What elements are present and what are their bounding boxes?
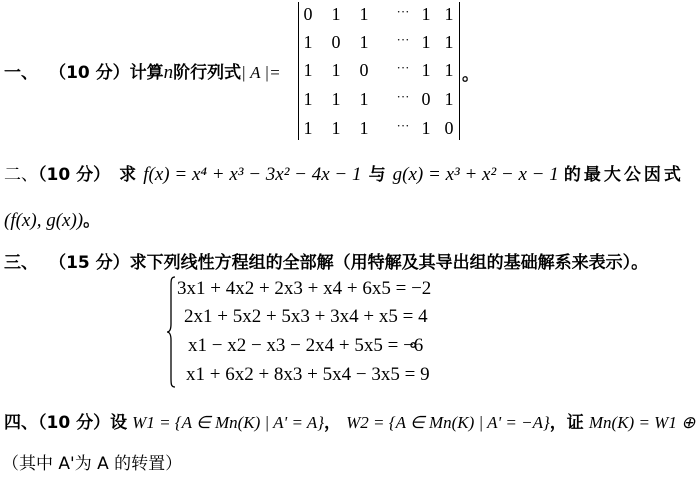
det-cell: 0 <box>329 32 343 53</box>
det-cell: 1 <box>329 89 343 110</box>
problem-2-number: 二、 <box>4 165 38 185</box>
problem-2-points: （10 分） <box>38 165 110 185</box>
problem-2-line-1: 二、（10 分） 求 f(x) = x⁴ + x³ − 3x² − 4x − 1… <box>4 160 684 186</box>
g-definition: g(x) = x³ + x² − x − 1 <box>393 164 559 185</box>
problem-4-separator: ， <box>324 413 341 433</box>
problem-3-end-mark: 。 <box>410 326 427 351</box>
det-cell: 1 <box>301 89 315 110</box>
det-cell: 1 <box>357 4 371 25</box>
problem-4-prove: ，证 <box>550 413 584 433</box>
problem-2-end-mark: 。 <box>83 211 100 231</box>
det-cell: 1 <box>442 32 456 53</box>
problem-1-prompt: 计算 <box>130 63 164 83</box>
w2-definition: W2 = {A ∈ Mn(K) | A' = −A} <box>346 413 550 432</box>
problem-2-prompt-after: 的最大公因式 <box>564 165 684 185</box>
w1-definition: W1 = {A ∈ Mn(K) | A' = A} <box>132 413 324 432</box>
det-cell: 1 <box>329 4 343 25</box>
det-cell: 0 <box>301 4 315 25</box>
problem-4-note: （其中 A'为 A 的转置） <box>2 449 182 474</box>
problem-1: 一、 （10 分）计算n阶行列式| A |= <box>4 58 281 84</box>
det-cell: ··· <box>391 118 415 134</box>
det-cell: 1 <box>442 4 456 25</box>
det-cell: 1 <box>301 118 315 139</box>
det-cell: ··· <box>391 32 415 48</box>
left-brace-icon <box>166 276 176 388</box>
problem-1-end-mark: 。 <box>462 60 479 85</box>
det-cell: 1 <box>301 60 315 81</box>
determinant-lhs: | A |= <box>241 63 280 82</box>
determinant-matrix: 0 1 1 ··· 1 1 1 0 1 ··· 1 1 1 1 0 ··· 1 … <box>298 2 460 140</box>
problem-2-line-2: (f(x), g(x))。 <box>4 206 100 232</box>
det-row-5: 1 1 1 ··· 1 0 <box>299 118 459 142</box>
equation-1: 3x1 + 4x2 + 2x3 + x4 + 6x5 = −2 <box>177 278 431 300</box>
det-cell: ··· <box>391 89 415 105</box>
det-cell: 0 <box>419 89 433 110</box>
gcd-expression: (f(x), g(x)) <box>4 210 83 231</box>
det-cell: 1 <box>419 32 433 53</box>
problem-1-points: （10 分） <box>49 63 130 83</box>
det-cell: 1 <box>329 118 343 139</box>
det-cell: 1 <box>442 60 456 81</box>
problem-3-prompt: 求下列线性方程组的全部解（用特解及其导出组的基础解系来表示）。 <box>130 253 649 273</box>
problem-1-number: 一、 <box>4 63 38 83</box>
det-cell: ··· <box>391 4 415 20</box>
det-cell: 0 <box>442 118 456 139</box>
problem-4-points: （10 分） <box>38 413 110 433</box>
det-cell: 1 <box>419 118 433 139</box>
det-cell: 1 <box>419 4 433 25</box>
det-cell: 1 <box>357 118 371 139</box>
det-cell: 1 <box>329 60 343 81</box>
problem-1-prompt-after: 阶行列式 <box>173 63 241 83</box>
equation-4: x1 + 6x2 + 8x3 + 5x4 − 3x5 = 9 <box>186 364 430 386</box>
problem-3-heading: 三、 （15 分）求下列线性方程组的全部解（用特解及其导出组的基础解系来表示）。 <box>4 248 648 273</box>
det-cell: 1 <box>442 89 456 110</box>
f-definition: f(x) = x⁴ + x³ − 3x² − 4x − 1 <box>143 164 361 185</box>
problem-4-prompt: 设 <box>110 413 127 433</box>
problem-1-var-n: n <box>164 62 174 83</box>
det-cell: 1 <box>357 89 371 110</box>
equation-2: 2x1 + 5x2 + 5x3 + 3x4 + x5 = 4 <box>184 306 428 328</box>
det-cell: 1 <box>419 60 433 81</box>
problem-2-prompt: 求 <box>119 165 136 185</box>
det-cell: 0 <box>357 60 371 81</box>
problem-3-points: （15 分） <box>49 253 130 273</box>
det-row-4: 1 1 1 ··· 0 1 <box>299 89 459 113</box>
det-row-2: 1 0 1 ··· 1 1 <box>299 32 459 56</box>
problem-4-number: 四、 <box>4 413 38 433</box>
problem-2-connector: 与 <box>369 165 386 185</box>
equation-3: x1 − x2 − x3 − 2x4 + 5x5 = −6 <box>188 335 423 357</box>
det-cell: 1 <box>301 32 315 53</box>
direct-sum-claim: Mn(K) = W1 ⊕ W2 <box>589 413 697 432</box>
problem-4-line-1: 四、（10 分）设 W1 = {A ∈ Mn(K) | A' = A}， W2 … <box>4 408 697 433</box>
det-row-1: 0 1 1 ··· 1 1 <box>299 4 459 28</box>
problem-3-number: 三、 <box>4 253 38 273</box>
det-row-3: 1 1 0 ··· 1 1 <box>299 60 459 84</box>
det-cell: 1 <box>357 32 371 53</box>
det-cell: ··· <box>391 60 415 76</box>
